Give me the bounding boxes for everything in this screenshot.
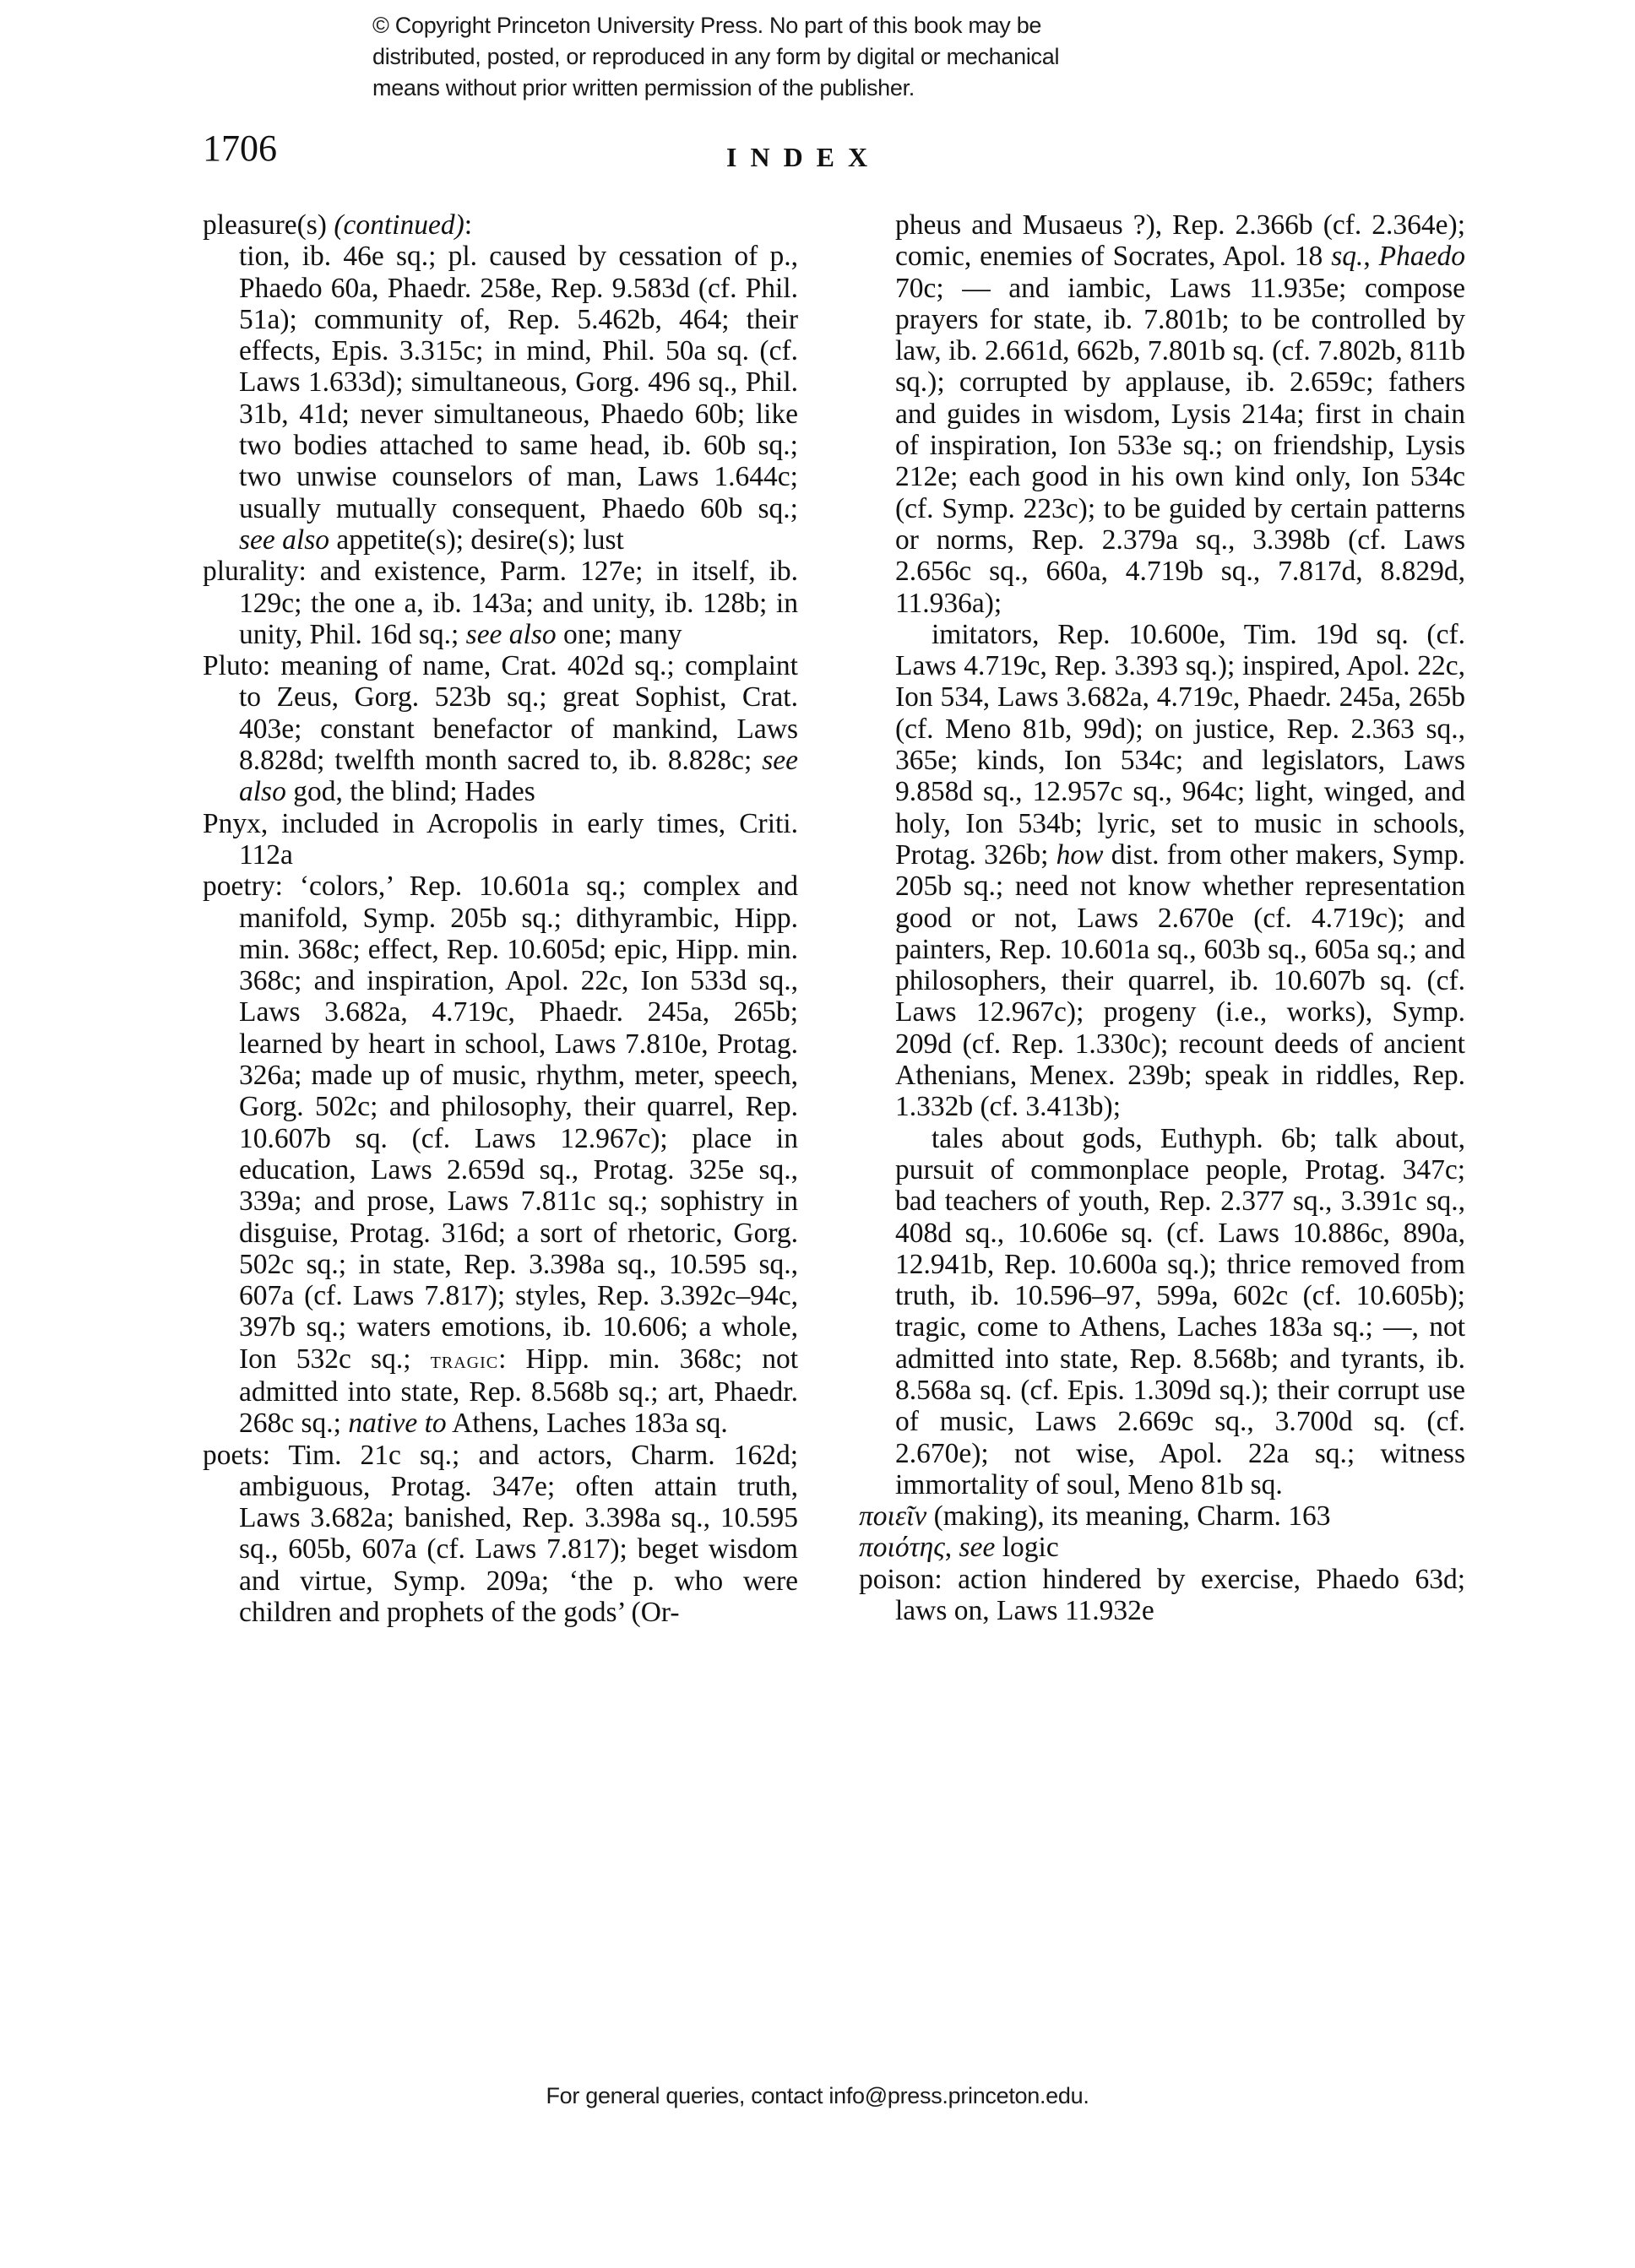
- running-head: INDEX: [726, 142, 881, 173]
- see-also-label: see also: [239, 524, 329, 556]
- entry-headword: poison: [859, 1564, 934, 1595]
- entry-headword: plurality: [203, 556, 299, 587]
- index-entry-poiotes: ποιότης, see logic: [859, 1532, 1465, 1563]
- index-entry-poison: poison: action hindered by exercise, Pha…: [859, 1564, 1465, 1627]
- copyright-line: distributed, posted, or reproduced in an…: [372, 41, 1217, 73]
- index-entry-poetry: poetry: ‘colors,’ Rep. 10.601a sq.; comp…: [203, 871, 798, 1439]
- entry-italic-text: Phaedo: [1379, 241, 1465, 272]
- index-entry-poets: poets: Tim. 21c sq.; and actors, Charm. …: [203, 1440, 798, 1629]
- entry-text: : action hindered by exercise, Phaedo 63…: [895, 1564, 1465, 1626]
- entry-text: , included in Acropolis in early times, …: [239, 808, 798, 871]
- entry-headword-greek: ποιεῖν: [859, 1500, 926, 1532]
- entry-headword: poets: [203, 1440, 263, 1471]
- poets-subparagraph-tales: tales about gods, Euthyph. 6b; talk abou…: [859, 1123, 1465, 1501]
- entry-headword: Pnyx: [203, 808, 261, 839]
- entry-italic-text: sq.: [1331, 241, 1363, 272]
- copyright-line: © Copyright Princeton University Press. …: [372, 10, 1217, 41]
- index-entry-poiein: ποιεῖν (making), its meaning, Charm. 163: [859, 1500, 1465, 1532]
- entry-text: ,: [1363, 241, 1378, 272]
- see-also-refs: appetite(s); desire(s); lust: [336, 524, 623, 556]
- index-entry-plurality: plurality: and existence, Parm. 127e; in…: [203, 556, 798, 650]
- entry-italic-text: native to: [348, 1408, 446, 1439]
- entry-headword: pleasure(s): [203, 209, 327, 241]
- poets-subparagraph-imitators: imitators, Rep. 10.600e, Tim. 19d sq. (c…: [859, 619, 1465, 1123]
- entry-text: dist. from other makers, Symp. 205b sq.;…: [895, 839, 1465, 1122]
- entry-text: (making), its meaning, Charm. 163: [926, 1500, 1330, 1532]
- copyright-notice: © Copyright Princeton University Press. …: [372, 10, 1217, 104]
- index-column-right: pheus and Musaeus ?), Rep. 2.366b (cf. 2…: [859, 209, 1465, 1626]
- entry-text: tales about gods, Euthyph. 6b; talk abou…: [895, 1123, 1465, 1500]
- see-also-refs: one; many: [563, 619, 682, 650]
- entry-headword-greek: ποιότης: [859, 1532, 945, 1563]
- entry-text: ,: [945, 1532, 959, 1563]
- see-also-refs: god, the blind; Hades: [293, 776, 535, 807]
- entry-text: : ‘colors,’ Rep. 10.601a sq.; complex an…: [239, 871, 798, 1374]
- entry-body: tion, ib. 46e sq.; pl. caused by cessati…: [203, 241, 798, 556]
- entry-text: : meaning of name, Crat. 402d sq.; compl…: [239, 650, 798, 776]
- see-refs: logic: [995, 1532, 1058, 1563]
- index-entry-pleasures: pleasure(s) (continued):: [203, 209, 798, 241]
- index-column-left: pleasure(s) (continued): tion, ib. 46e s…: [203, 209, 798, 1628]
- page-number: 1706: [203, 127, 277, 170]
- see-label: see: [959, 1532, 996, 1563]
- entry-text: 70c; — and iambic, Laws 11.935e; compose…: [895, 273, 1465, 619]
- entry-continued-label: (continued): [334, 209, 464, 241]
- entry-headword: poetry: [203, 871, 275, 902]
- entry-headword: Pluto: [203, 650, 263, 681]
- entry-italic-text: how: [1057, 839, 1104, 871]
- entry-text: Athens, Laches 183a sq.: [447, 1408, 728, 1439]
- index-entry-pnyx: Pnyx, included in Acropolis in early tim…: [203, 808, 798, 871]
- index-entry-pluto: Pluto: meaning of name, Crat. 402d sq.; …: [203, 650, 798, 807]
- entry-text: imitators, Rep. 10.600e, Tim. 19d sq. (c…: [895, 619, 1465, 871]
- copyright-line: means without prior written permission o…: [372, 73, 1217, 104]
- see-also-label: see also: [466, 619, 557, 650]
- entry-text: : Tim. 21c sq.; and actors, Charm. 162d;…: [239, 1440, 798, 1628]
- poets-entry-continuation: pheus and Musaeus ?), Rep. 2.366b (cf. 2…: [859, 209, 1465, 619]
- entry-text: tion, ib. 46e sq.; pl. caused by cessati…: [239, 241, 798, 524]
- footer-contact: For general queries, contact info@press.…: [0, 2083, 1635, 2109]
- subheading-tragic: tragic: [431, 1348, 498, 1374]
- entry-colon: :: [464, 209, 472, 241]
